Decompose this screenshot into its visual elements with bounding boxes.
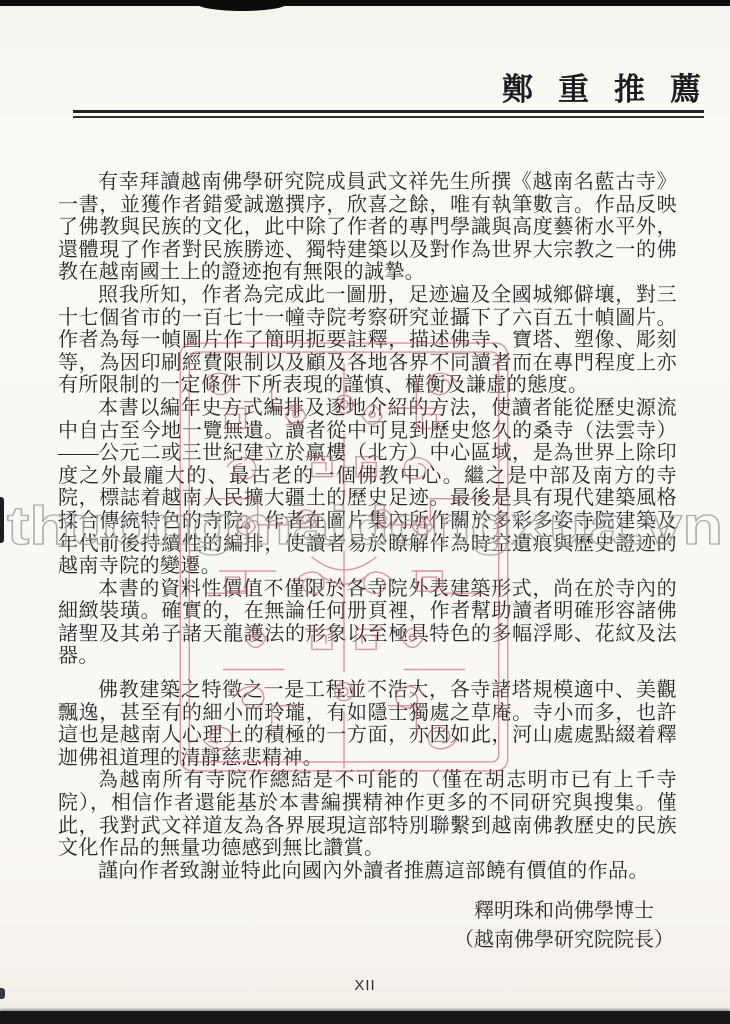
page-number: XII: [0, 977, 730, 994]
preface-body: 有幸拜讀越南佛學研究院成員武文祥先生所撰《越南名藍古寺》一書，並獲作者錯愛誠邀撰…: [58, 171, 677, 882]
title-underline: [73, 110, 704, 118]
preface-paragraph: 有幸拜讀越南佛學研究院成員武文祥先生所撰《越南名藍古寺》一書，並獲作者錯愛誠邀撰…: [58, 171, 677, 284]
signature-name: 釋明珠和尚佛學博士: [454, 897, 674, 926]
preface-paragraph: 本書以編年史方式編排及逐地介紹的方法，使讀者能從歷史源流中自古至今地一覽無遺。讀…: [58, 397, 677, 578]
signature-block: 釋明珠和尚佛學博士 （越南佛學研究院院長）: [454, 897, 674, 955]
page-title: 鄭重推薦: [502, 64, 726, 109]
scan-edge-top: [0, 0, 730, 6]
scan-edge-smudge: [196, 3, 288, 11]
scan-artifact-left: [0, 497, 4, 543]
scan-edge-bottom: [0, 1011, 730, 1024]
preface-paragraph: 照我所知，作者為完成此一圖册，足迹遍及全國城鄉僻壤，對三十七個省市的一百七十一幢…: [58, 284, 677, 397]
signature-role: （越南佛學研究院院長）: [454, 926, 674, 955]
preface-paragraph: 佛教建築之特徵之一是工程並不浩大，各寺諸塔規模適中、美觀飄逸，甚至有的細小而玲瓏…: [58, 679, 677, 769]
preface-paragraph: 謹向作者致謝並特此向國內外讀者推薦這部饒有價值的作品。: [58, 860, 677, 883]
preface-paragraph: 本書的資料性價值不僅限於各寺院外表建築形式，尚在於寺內的細緻裝璜。確實的，在無論…: [58, 578, 677, 668]
preface-paragraph: 為越南所有寺院作總結是不可能的（僅在胡志明市已有上千寺院），相信作者還能基於本書…: [58, 769, 677, 859]
scanned-book-page: 鄭重推薦 有幸拜讀越南佛學研究院成員武文祥先生所撰《越南名藍古寺》一書，並獲作者…: [0, 0, 730, 1024]
